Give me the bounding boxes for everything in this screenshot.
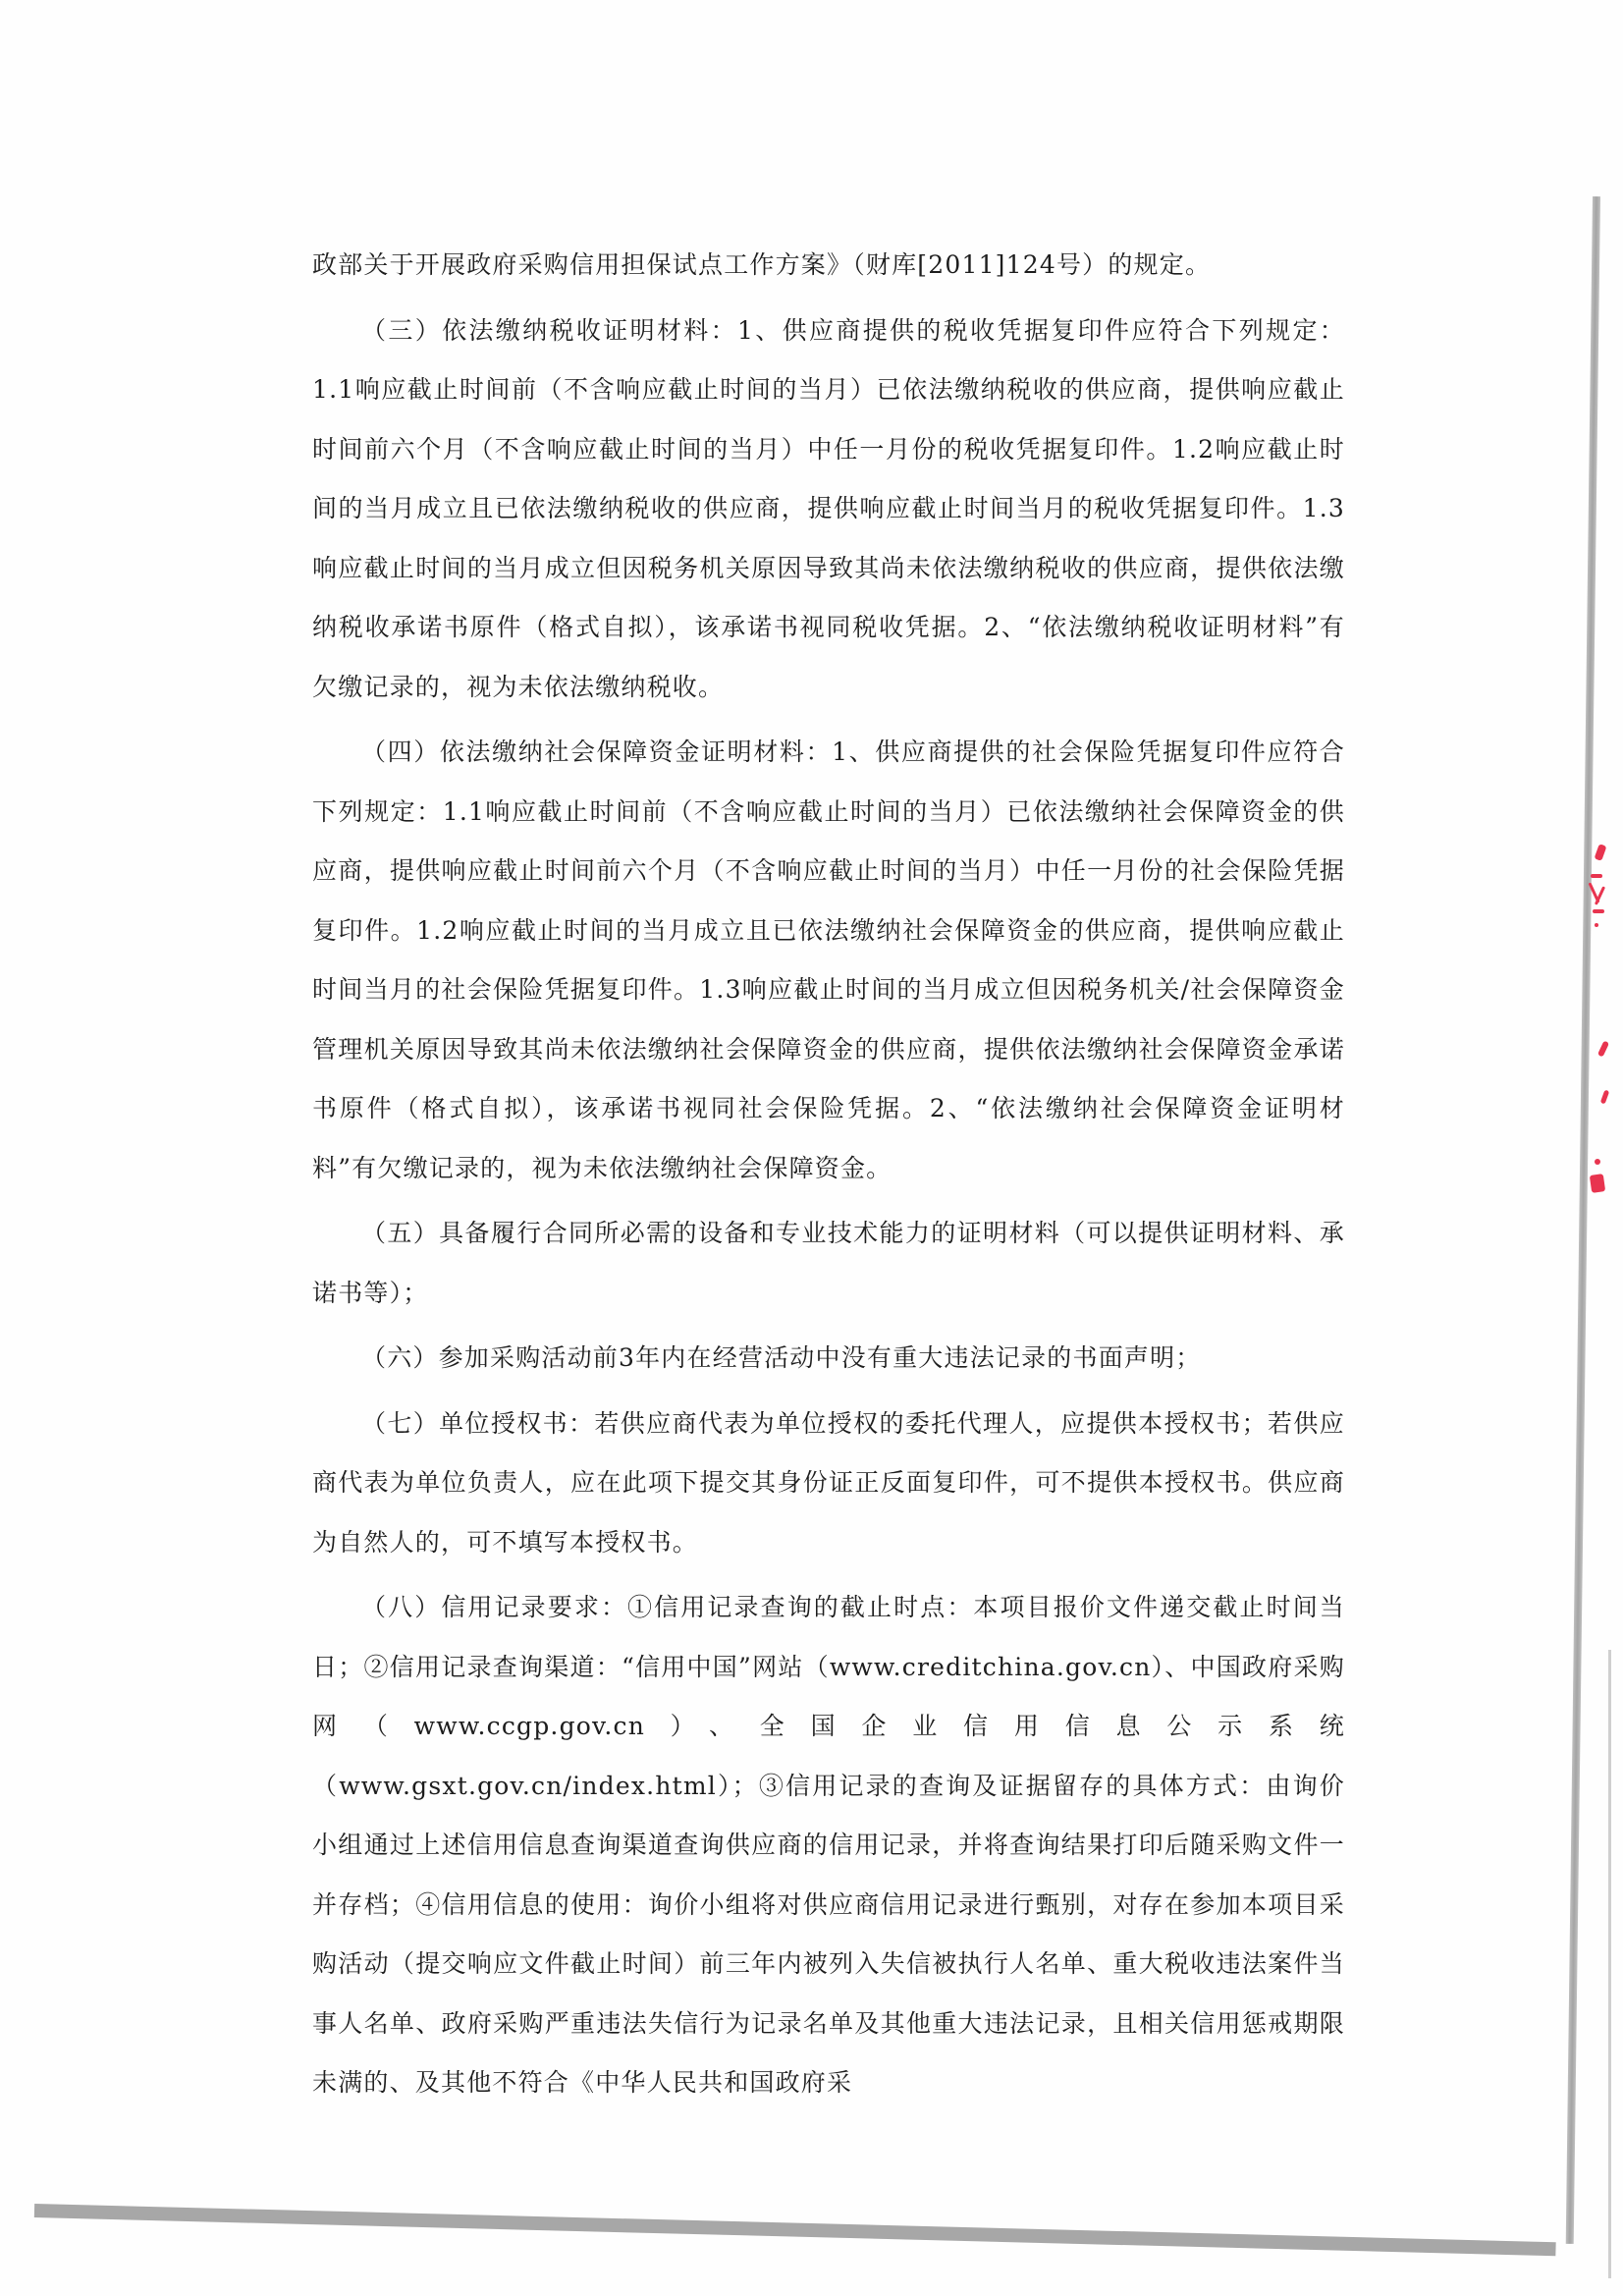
document-body: 政部关于开展政府采购信用担保试点工作方案》（财库[2011]124号）的规定。 … bbox=[312, 236, 1345, 2113]
scan-edge-bottom bbox=[34, 2204, 1556, 2256]
scanned-page: 政部关于开展政府采购信用担保试点工作方案》（财库[2011]124号）的规定。 … bbox=[0, 0, 1623, 2296]
paragraph-section-8-credit-record: （八）信用记录要求：①信用记录查询的截止时点：本项目报价文件递交截止时间当日；②… bbox=[312, 1578, 1345, 2113]
paragraph-continuation: 政部关于开展政府采购信用担保试点工作方案》（财库[2011]124号）的规定。 bbox=[312, 236, 1345, 296]
scan-edge-right bbox=[1566, 196, 1600, 2244]
red-seal-fragment bbox=[1583, 845, 1612, 1198]
paragraph-section-6-no-violation-statement: （六）参加采购活动前3年内在经营活动中没有重大违法记录的书面声明； bbox=[312, 1329, 1345, 1389]
paragraph-section-4-social-security-proof: （四）依法缴纳社会保障资金证明材料：1、供应商提供的社会保险凭据复印件应符合下列… bbox=[312, 723, 1345, 1198]
paragraph-section-5-equipment-capability: （五）具备履行合同所必需的设备和专业技术能力的证明材料（可以提供证明材料、承诺书… bbox=[312, 1204, 1345, 1323]
paragraph-section-3-tax-proof: （三）依法缴纳税收证明材料：1、供应商提供的税收凭据复印件应符合下列规定：1.1… bbox=[312, 301, 1345, 718]
paragraph-section-7-authorization-letter: （七）单位授权书：若供应商代表为单位授权的委托代理人，应提供本授权书；若供应商代… bbox=[312, 1394, 1345, 1573]
scan-edge-faint bbox=[1608, 1650, 1611, 2278]
